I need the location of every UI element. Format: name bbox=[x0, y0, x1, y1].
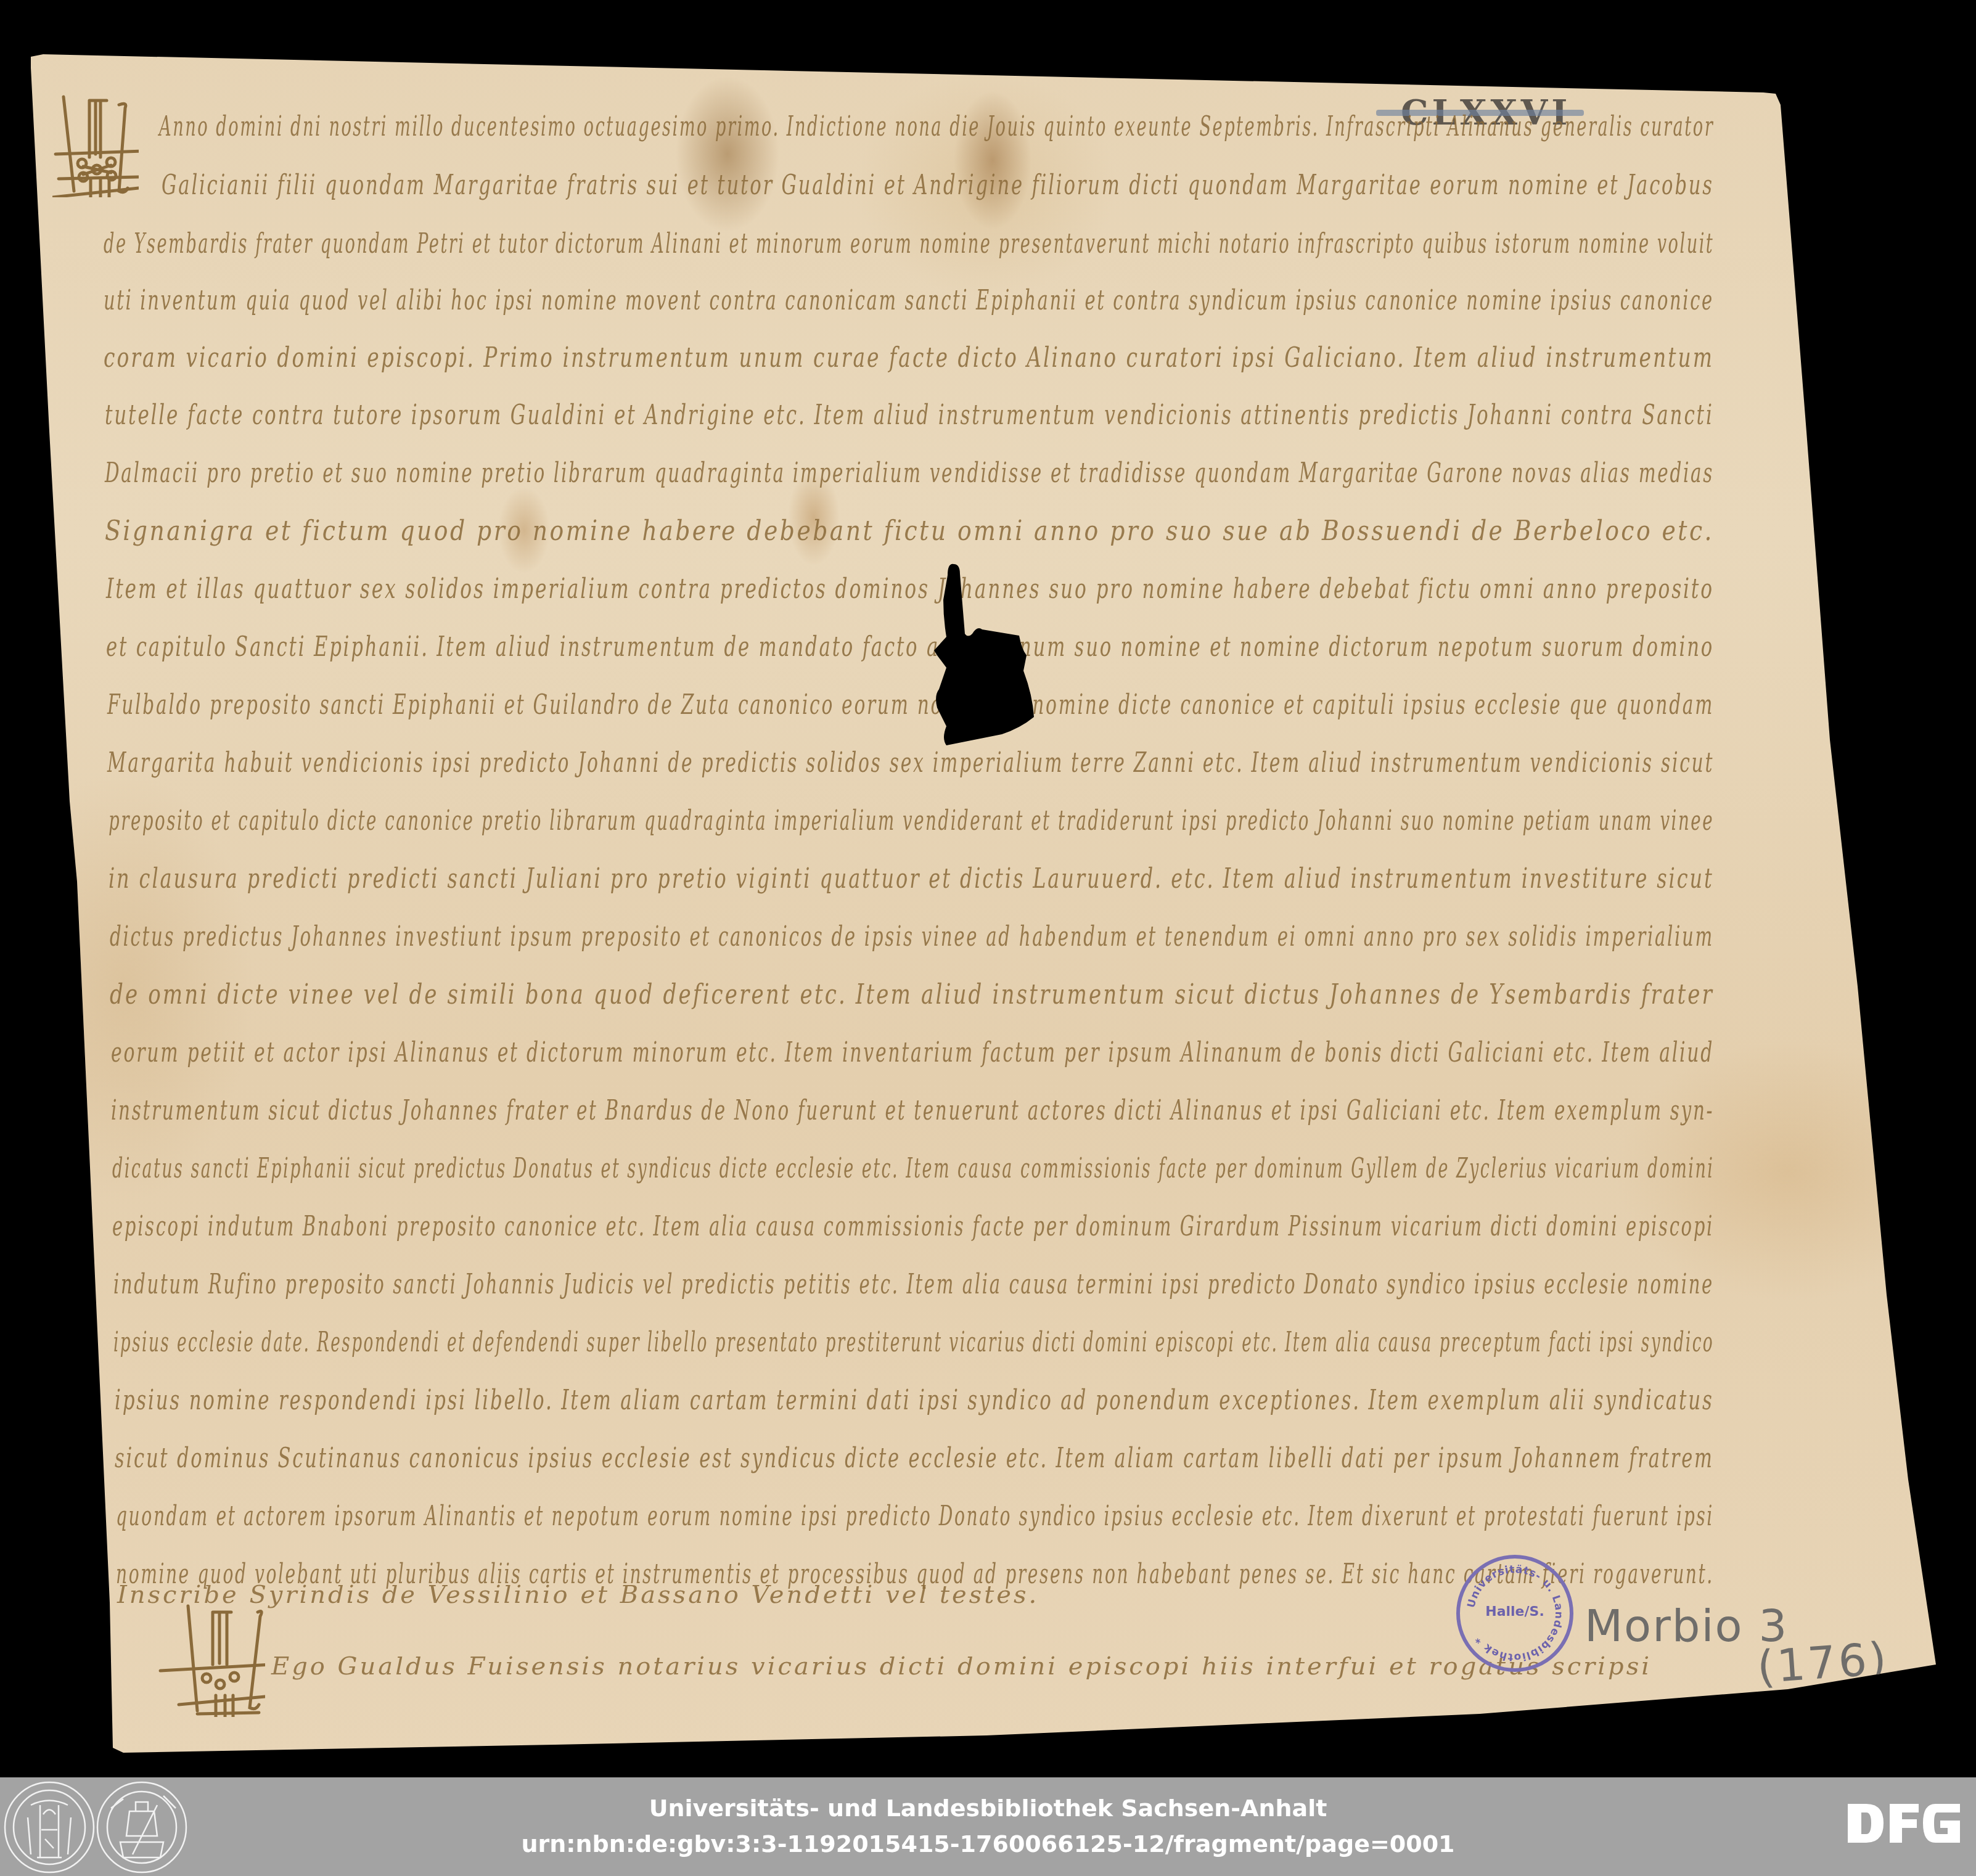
pencil-note-number: (176) bbox=[1755, 1632, 1890, 1694]
text-line: dictus predictus Johannes investiunt ips… bbox=[110, 921, 1714, 952]
library-stamp: Universitäts- u. Landesbibliothek * Hall… bbox=[1456, 1555, 1573, 1672]
text-line: dicatus sancti Epiphanii sicut predictus… bbox=[112, 1153, 1714, 1184]
text-line: Dalmacii pro pretio et suo nomine pretio… bbox=[105, 457, 1714, 489]
footer-institution-name: Universitäts- und Landesbibliothek Sachs… bbox=[0, 1795, 1976, 1822]
text-line: indutum Rufino preposito sancti Johannis… bbox=[113, 1269, 1714, 1300]
dfg-logo-icon bbox=[1848, 1804, 1960, 1843]
text-line: Signanigra et fictum quod pro nomine hab… bbox=[105, 515, 1714, 547]
stamp-city: Halle/S. bbox=[1460, 1604, 1570, 1620]
text-line: Fulbaldo preposito sancti Epiphanii et G… bbox=[107, 689, 1714, 721]
text-line: preposito et capitulo dicte canonice pre… bbox=[109, 805, 1714, 837]
text-line: tutelle facte contra tutore ipsorum Gual… bbox=[105, 399, 1714, 431]
text-line: Item et illas quattuor sex solidos imper… bbox=[106, 573, 1714, 605]
text-line: Galicianii filii quondam Margaritae frat… bbox=[162, 170, 1714, 201]
text-line: uti inventum quia quod vel alibi hoc ips… bbox=[104, 285, 1714, 316]
notary-closing-line: Ego Gualdus Fuisensis notarius vicarius … bbox=[271, 1652, 1652, 1681]
text-line: quondam et actorem ipsorum Alinantis et … bbox=[116, 1501, 1714, 1532]
text-line: coram vicario domini episcopi. Primo ins… bbox=[104, 342, 1714, 374]
text-line: in clausura predicti predicti sancti Jul… bbox=[109, 863, 1714, 895]
parchment-hole bbox=[934, 563, 1036, 745]
text-line: sicut dominus Scutinanus canonicus ipsiu… bbox=[115, 1443, 1714, 1474]
footer-urn-link[interactable]: urn:nbn:de:gbv:3:3-1192015415-1760066125… bbox=[0, 1830, 1976, 1858]
notarial-sign-top-icon bbox=[52, 83, 139, 197]
text-line: de Ysembardis frater quondam Petri et tu… bbox=[104, 228, 1714, 260]
text-line: Anno domini dni nostri millo ducentesimo… bbox=[159, 111, 1714, 142]
text-line: et capitulo Sancti Epiphanii. Item aliud… bbox=[106, 631, 1714, 663]
notarial-sign-bottom-icon bbox=[154, 1603, 265, 1717]
parchment-document: CLXXVI Anno domini dni nostri millo duce… bbox=[0, 0, 1976, 1777]
text-line: instrumentum sicut dictus Johannes frate… bbox=[111, 1095, 1714, 1126]
text-line: de omni dicte vinee vel de simili bona q… bbox=[110, 979, 1714, 1010]
text-line: eorum petiit et actor ipsi Alinanus et d… bbox=[111, 1037, 1714, 1068]
text-line: ipsius ecclesie date. Respondendi et def… bbox=[113, 1327, 1714, 1358]
text-line: Margarita habuit vendicionis ipsi predic… bbox=[107, 747, 1714, 779]
text-line: ipsius nomine respondendi ipsi libello. … bbox=[115, 1385, 1714, 1416]
text-line: episcopi indutum Bnaboni preposito canon… bbox=[112, 1211, 1714, 1242]
image-viewer: CLXXVI Anno domini dni nostri millo duce… bbox=[0, 0, 1976, 1777]
footer-bar: Universitäts- und Landesbibliothek Sachs… bbox=[0, 1777, 1976, 1876]
